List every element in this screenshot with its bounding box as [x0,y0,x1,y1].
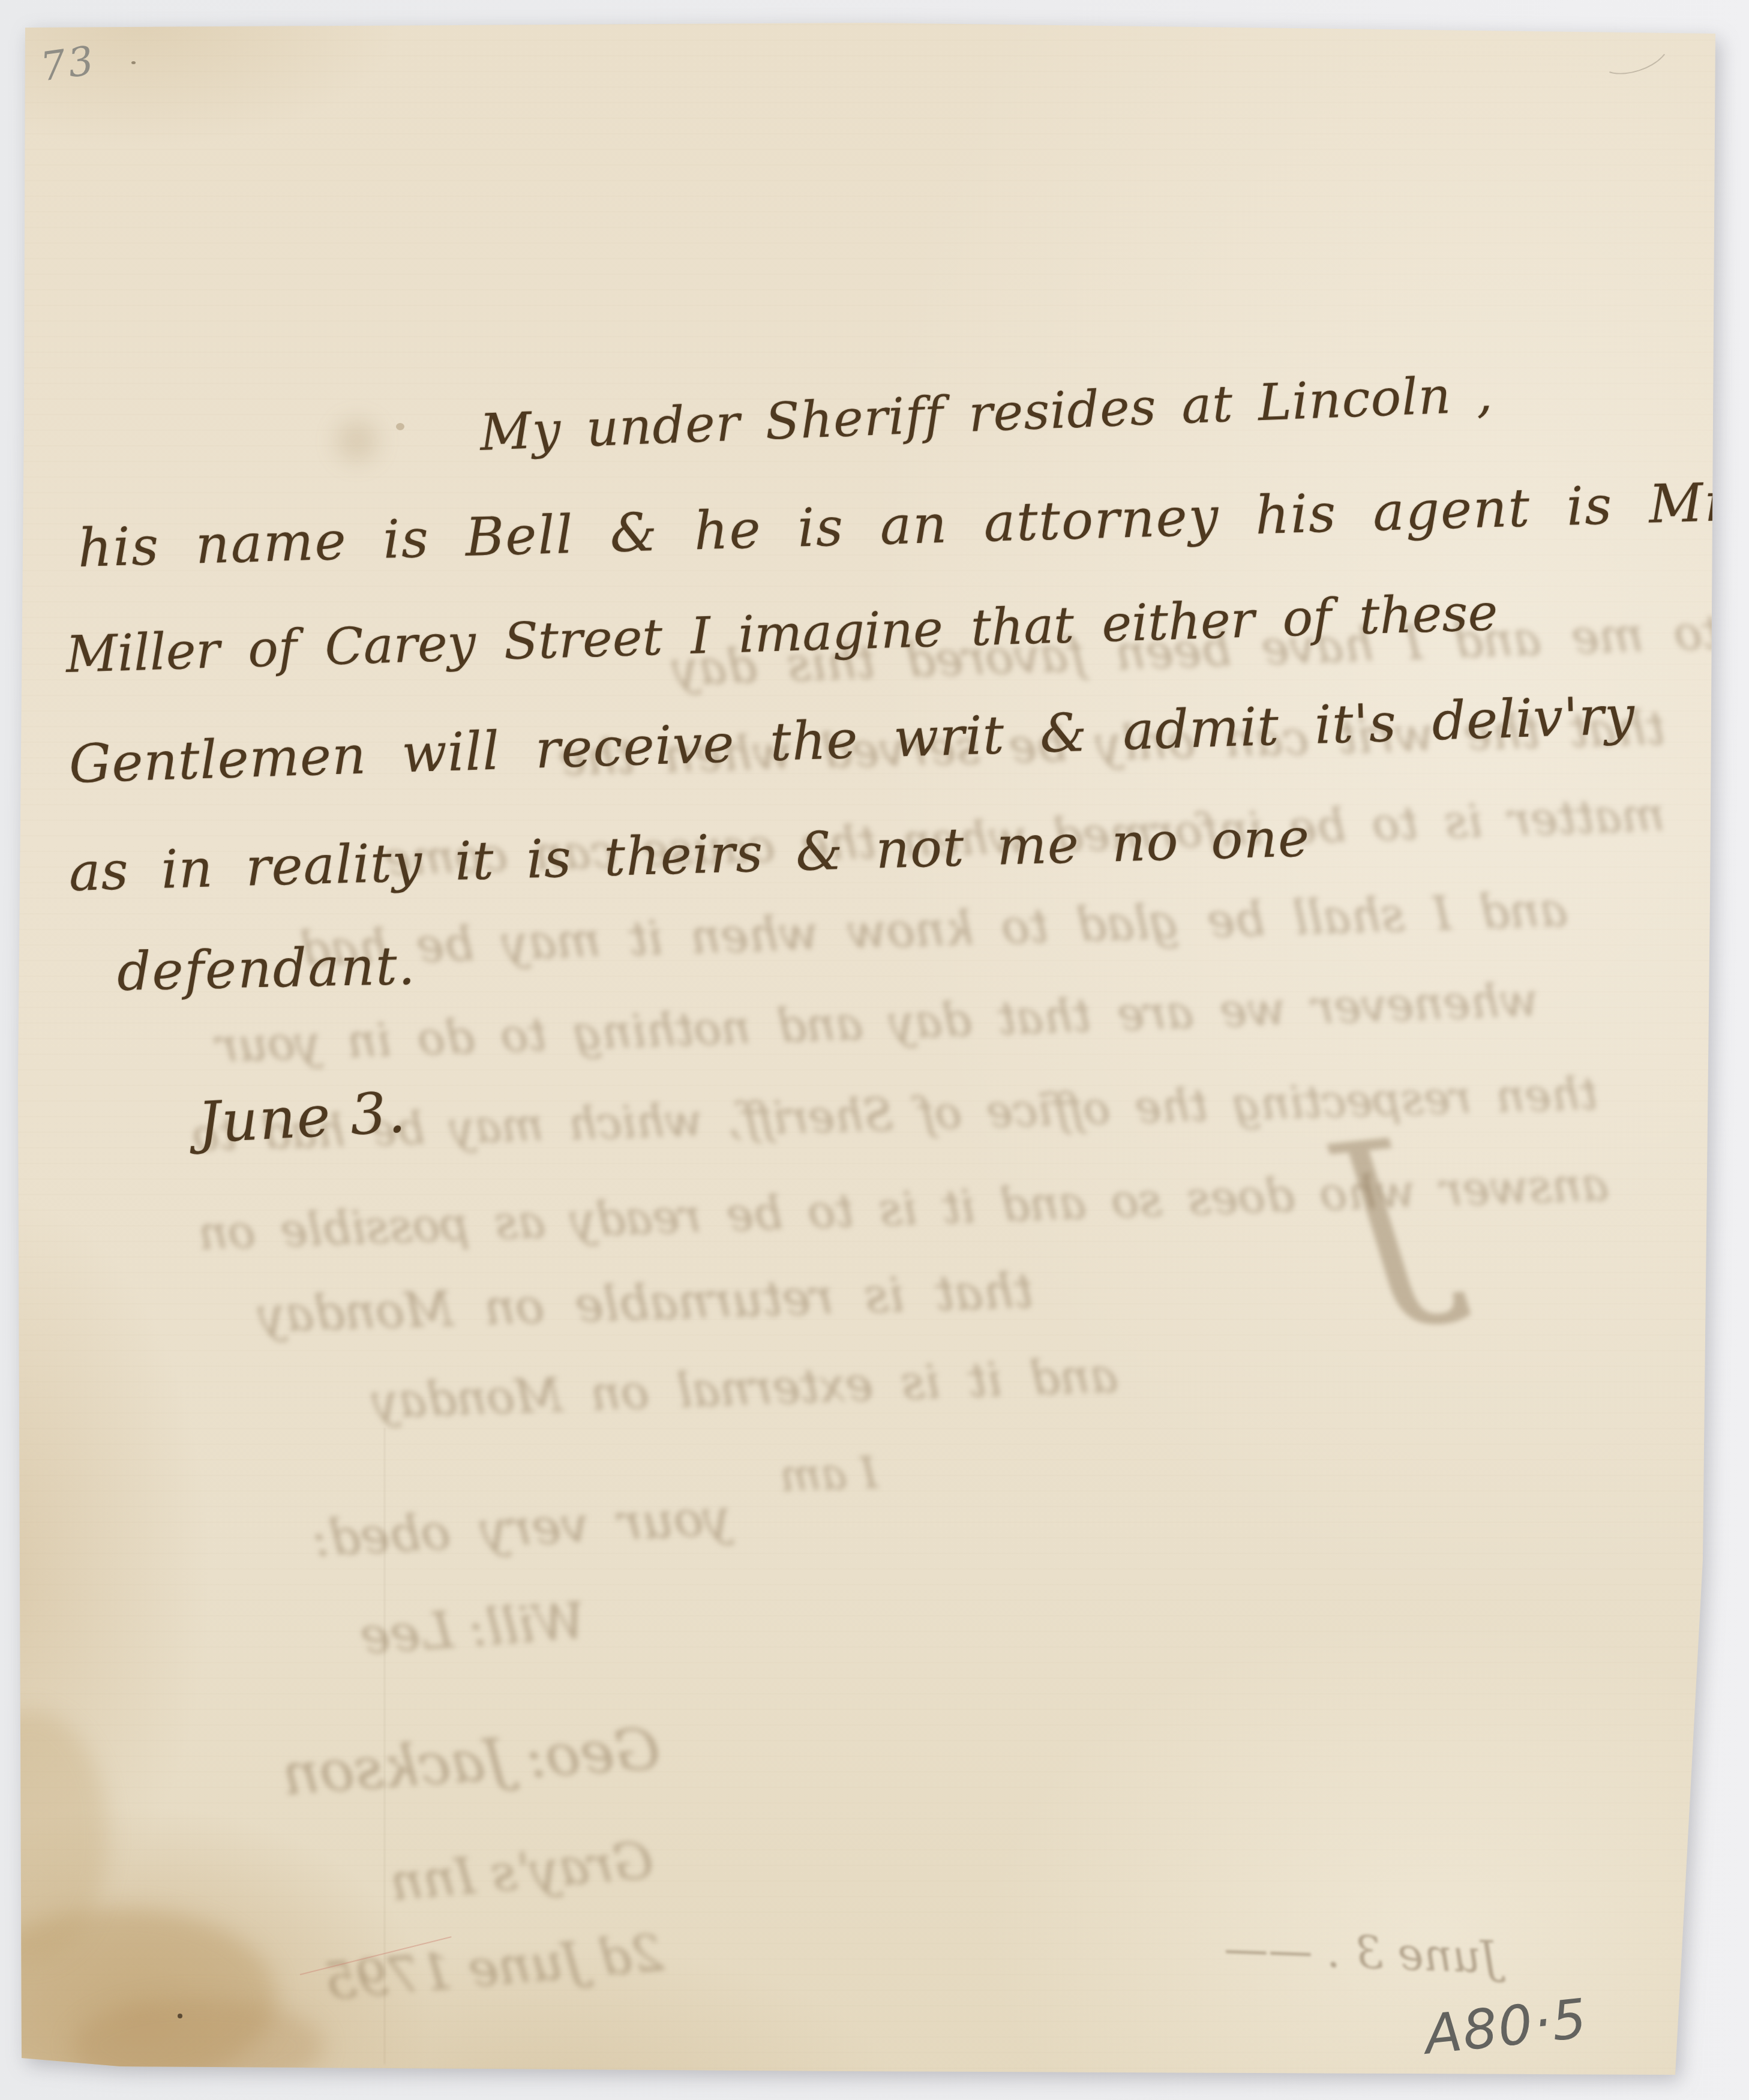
handwritten-line-2: his name is Bell & he is an attorney his… [77,471,1732,579]
stray-hair [1592,21,1675,83]
ink-speck [178,2014,182,2018]
folio-number-pencil: 73 [38,37,99,91]
manuscript-scan: 73 to me and I have been favored this da… [0,0,1749,2100]
paper-stain [336,420,378,462]
ink-bleed-docket: June 3 . —— [1223,1922,1500,1984]
paper-stain [72,1998,324,2094]
paper-shadow: 73 to me and I have been favored this da… [0,0,1749,2100]
handwritten-line-1: My under Sheriff resides at Lincoln , [479,364,1494,462]
ink-bleed-line: that is returnable on Monday [257,1263,1034,1343]
date-line: June 3. [196,1080,408,1156]
handwritten-line-6: defendant. [116,935,417,1003]
ink-bleed-closing: Gray's Inn [388,1831,656,1912]
ink-speck [131,61,136,64]
ink-bleed-signature: Geo: Jackson [280,1715,662,1808]
handwritten-line-4: Gentlemen will receive the writ & admit … [68,684,1636,795]
catalog-mark-pencil: A80·5 [1422,1987,1591,2067]
paper-crease [384,1428,385,2064]
paper-speck [396,423,404,430]
ink-bleed-closing: your very obed: [311,1489,733,1568]
ink-bleed-closing: Will: Lee [358,1591,587,1666]
letter-page: 73 to me and I have been favored this da… [0,0,1749,2100]
handwritten-line-5: as in reality it is theirs & not me no o… [68,806,1311,903]
ink-bleed-closing: 2d June 1795 [322,1924,665,2012]
ink-bleed-flourish: J [1332,1094,1438,1339]
ink-bleed-closing: I am [779,1447,878,1501]
ink-bleed-line: and I shall be glad to know when it may … [299,883,1568,977]
ink-bleed-line: and it is external on Monday [371,1349,1119,1429]
